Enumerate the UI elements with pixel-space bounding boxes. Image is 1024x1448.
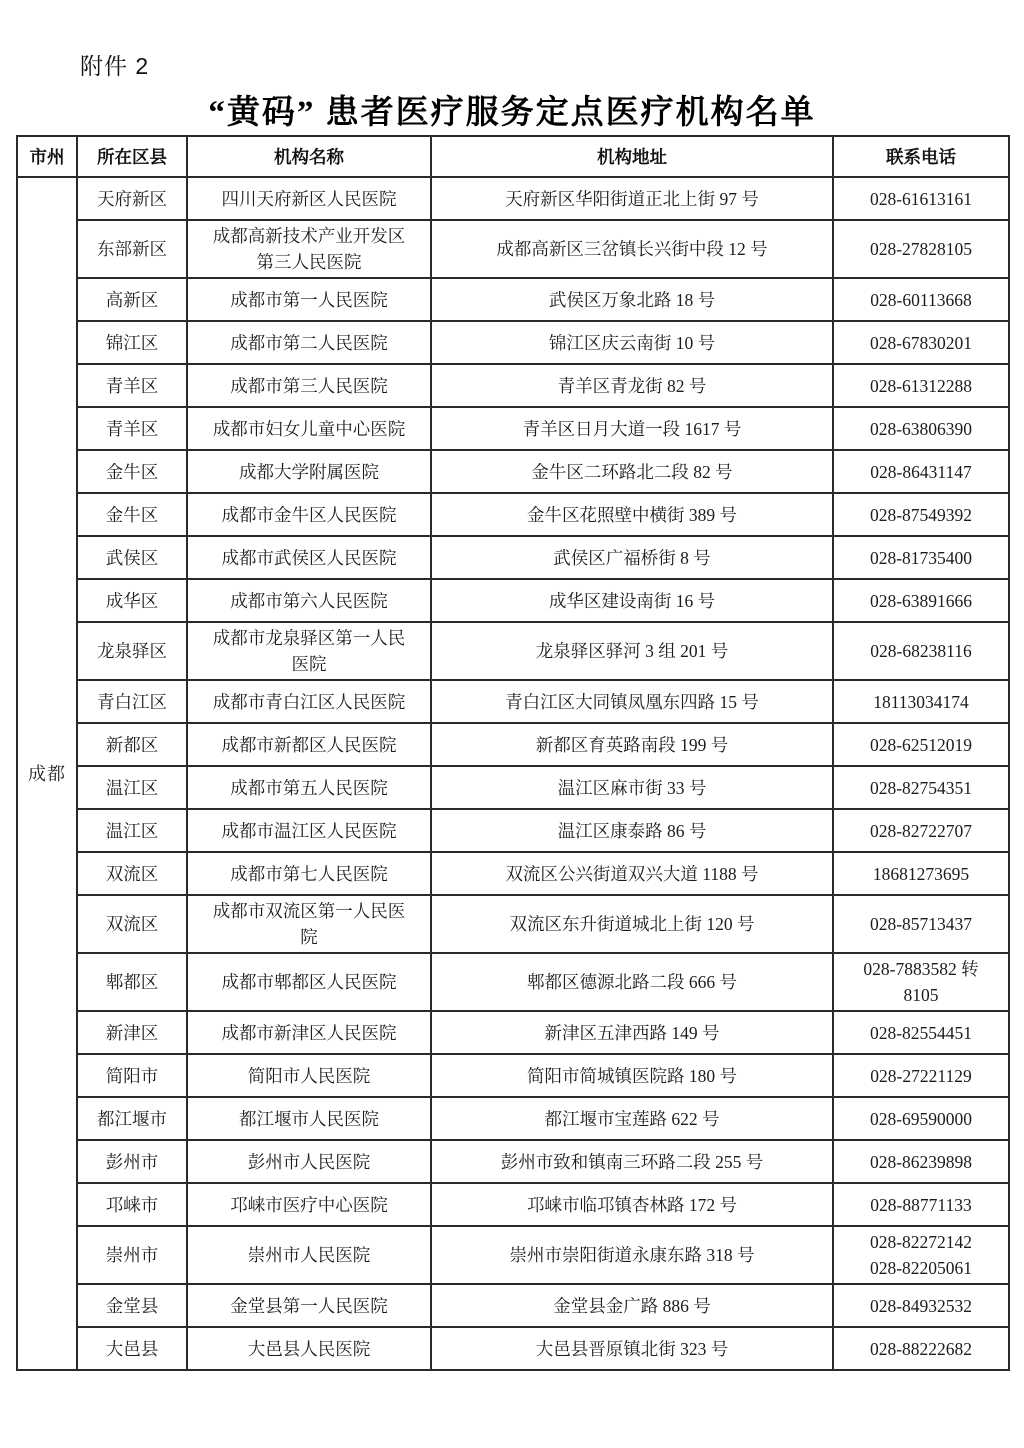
address-cell: 双流区公兴街道双兴大道 1188 号 <box>431 852 833 895</box>
address-cell: 新都区育英路南段 199 号 <box>431 723 833 766</box>
address-cell: 青羊区日月大道一段 1617 号 <box>431 407 833 450</box>
phone-cell: 028-82554451 <box>833 1011 1009 1054</box>
district-cell: 青羊区 <box>77 407 187 450</box>
district-cell: 天府新区 <box>77 177 187 220</box>
table-row: 金牛区 成都市金牛区人民医院 金牛区花照壁中横街 389 号 028-87549… <box>17 493 1009 536</box>
address-cell: 郫都区德源北路二段 666 号 <box>431 953 833 1011</box>
institution-name-cell: 成都市第七人民医院 <box>187 852 431 895</box>
phone-cell: 028-61613161 <box>833 177 1009 220</box>
address-cell: 龙泉驿区驿河 3 组 201 号 <box>431 622 833 680</box>
institution-name-cell: 都江堰市人民医院 <box>187 1097 431 1140</box>
institution-name-cell: 成都市温江区人民医院 <box>187 809 431 852</box>
phone-cell: 028-61312288 <box>833 364 1009 407</box>
phone-cell: 028-63891666 <box>833 579 1009 622</box>
institution-name-cell: 四川天府新区人民医院 <box>187 177 431 220</box>
address-cell: 青羊区青龙街 82 号 <box>431 364 833 407</box>
district-cell: 青羊区 <box>77 364 187 407</box>
institution-name-cell: 成都大学附属医院 <box>187 450 431 493</box>
table-row: 崇州市 崇州市人民医院 崇州市崇阳街道永康东路 318 号 028-822721… <box>17 1226 1009 1284</box>
phone-cell: 028-7883582 转 8105 <box>833 953 1009 1011</box>
institution-name-cell: 邛崃市医疗中心医院 <box>187 1183 431 1226</box>
district-cell: 双流区 <box>77 895 187 953</box>
table-row: 新都区 成都市新都区人民医院 新都区育英路南段 199 号 028-625120… <box>17 723 1009 766</box>
address-cell: 金牛区花照壁中横街 389 号 <box>431 493 833 536</box>
table-row: 都江堰市 都江堰市人民医院 都江堰市宝莲路 622 号 028-69590000 <box>17 1097 1009 1140</box>
table-row: 彭州市 彭州市人民医院 彭州市致和镇南三环路二段 255 号 028-86239… <box>17 1140 1009 1183</box>
table-row: 金牛区 成都大学附属医院 金牛区二环路北二段 82 号 028-86431147 <box>17 450 1009 493</box>
phone-cell: 028-88771133 <box>833 1183 1009 1226</box>
table-row: 邛崃市 邛崃市医疗中心医院 邛崃市临邛镇杏林路 172 号 028-887711… <box>17 1183 1009 1226</box>
table-row: 青羊区 成都市第三人民医院 青羊区青龙街 82 号 028-61312288 <box>17 364 1009 407</box>
district-cell: 成华区 <box>77 579 187 622</box>
table-row: 东部新区 成都高新技术产业开发区 第三人民医院 成都高新区三岔镇长兴街中段 12… <box>17 220 1009 278</box>
institution-name-cell: 简阳市人民医院 <box>187 1054 431 1097</box>
hospital-table: 市州 所在区县 机构名称 机构地址 联系电话 成都 天府新区 四川天府新区人民医… <box>16 135 1010 1371</box>
district-cell: 武侯区 <box>77 536 187 579</box>
table-row: 成都 天府新区 四川天府新区人民医院 天府新区华阳街道正北上街 97 号 028… <box>17 177 1009 220</box>
district-cell: 东部新区 <box>77 220 187 278</box>
institution-name-cell: 彭州市人民医院 <box>187 1140 431 1183</box>
district-cell: 青白江区 <box>77 680 187 723</box>
institution-name-cell: 成都市金牛区人民医院 <box>187 493 431 536</box>
address-cell: 温江区康泰路 86 号 <box>431 809 833 852</box>
institution-name-cell: 成都市第三人民医院 <box>187 364 431 407</box>
district-cell: 郫都区 <box>77 953 187 1011</box>
address-cell: 青白江区大同镇凤凰东四路 15 号 <box>431 680 833 723</box>
institution-name-cell: 成都高新技术产业开发区 第三人民医院 <box>187 220 431 278</box>
phone-cell: 028-88222682 <box>833 1327 1009 1370</box>
table-row: 郫都区 成都市郫都区人民医院 郫都区德源北路二段 666 号 028-78835… <box>17 953 1009 1011</box>
district-cell: 温江区 <box>77 809 187 852</box>
address-cell: 金牛区二环路北二段 82 号 <box>431 450 833 493</box>
institution-name-cell: 成都市新津区人民医院 <box>187 1011 431 1054</box>
phone-cell: 18681273695 <box>833 852 1009 895</box>
phone-cell: 028-62512019 <box>833 723 1009 766</box>
header-address: 机构地址 <box>431 136 833 177</box>
address-cell: 大邑县晋原镇北街 323 号 <box>431 1327 833 1370</box>
institution-name-cell: 崇州市人民医院 <box>187 1226 431 1284</box>
phone-cell: 028-85713437 <box>833 895 1009 953</box>
district-cell: 彭州市 <box>77 1140 187 1183</box>
phone-cell: 028-63806390 <box>833 407 1009 450</box>
address-cell: 温江区麻市街 33 号 <box>431 766 833 809</box>
phone-cell: 028-82272142 028-82205061 <box>833 1226 1009 1284</box>
page-title: “黄码” 患者医疗服务定点医疗机构名单 <box>0 86 1024 133</box>
district-cell: 双流区 <box>77 852 187 895</box>
table-row: 温江区 成都市第五人民医院 温江区麻市街 33 号 028-82754351 <box>17 766 1009 809</box>
table-row: 青羊区 成都市妇女儿童中心医院 青羊区日月大道一段 1617 号 028-638… <box>17 407 1009 450</box>
phone-cell: 028-60113668 <box>833 278 1009 321</box>
address-cell: 双流区东升街道城北上街 120 号 <box>431 895 833 953</box>
phone-cell: 028-82754351 <box>833 766 1009 809</box>
district-cell: 崇州市 <box>77 1226 187 1284</box>
institution-name-cell: 成都市第二人民医院 <box>187 321 431 364</box>
address-cell: 武侯区广福桥街 8 号 <box>431 536 833 579</box>
table-row: 双流区 成都市第七人民医院 双流区公兴街道双兴大道 1188 号 1868127… <box>17 852 1009 895</box>
table-row: 新津区 成都市新津区人民医院 新津区五津西路 149 号 028-8255445… <box>17 1011 1009 1054</box>
address-cell: 武侯区万象北路 18 号 <box>431 278 833 321</box>
institution-name-cell: 成都市妇女儿童中心医院 <box>187 407 431 450</box>
district-cell: 锦江区 <box>77 321 187 364</box>
district-cell: 龙泉驿区 <box>77 622 187 680</box>
address-cell: 金堂县金广路 886 号 <box>431 1284 833 1327</box>
table-row: 高新区 成都市第一人民医院 武侯区万象北路 18 号 028-60113668 <box>17 278 1009 321</box>
institution-name-cell: 成都市郫都区人民医院 <box>187 953 431 1011</box>
phone-cell: 028-84932532 <box>833 1284 1009 1327</box>
district-cell: 邛崃市 <box>77 1183 187 1226</box>
district-cell: 都江堰市 <box>77 1097 187 1140</box>
institution-name-cell: 成都市武侯区人民医院 <box>187 536 431 579</box>
district-cell: 金牛区 <box>77 493 187 536</box>
district-cell: 温江区 <box>77 766 187 809</box>
city-cell: 成都 <box>17 177 77 1370</box>
address-cell: 锦江区庆云南街 10 号 <box>431 321 833 364</box>
address-cell: 简阳市简城镇医院路 180 号 <box>431 1054 833 1097</box>
phone-cell: 028-86431147 <box>833 450 1009 493</box>
institution-name-cell: 成都市第五人民医院 <box>187 766 431 809</box>
header-institution-name: 机构名称 <box>187 136 431 177</box>
header-district: 所在区县 <box>77 136 187 177</box>
phone-cell: 028-82722707 <box>833 809 1009 852</box>
phone-cell: 028-27221129 <box>833 1054 1009 1097</box>
table-row: 成华区 成都市第六人民医院 成华区建设南街 16 号 028-63891666 <box>17 579 1009 622</box>
table-row: 简阳市 简阳市人民医院 简阳市简城镇医院路 180 号 028-27221129 <box>17 1054 1009 1097</box>
institution-name-cell: 成都市第一人民医院 <box>187 278 431 321</box>
institution-name-cell: 金堂县第一人民医院 <box>187 1284 431 1327</box>
phone-cell: 028-81735400 <box>833 536 1009 579</box>
address-cell: 都江堰市宝莲路 622 号 <box>431 1097 833 1140</box>
phone-cell: 028-67830201 <box>833 321 1009 364</box>
institution-name-cell: 成都市第六人民医院 <box>187 579 431 622</box>
table-row: 锦江区 成都市第二人民医院 锦江区庆云南街 10 号 028-67830201 <box>17 321 1009 364</box>
address-cell: 成都高新区三岔镇长兴街中段 12 号 <box>431 220 833 278</box>
table-row: 大邑县 大邑县人民医院 大邑县晋原镇北街 323 号 028-88222682 <box>17 1327 1009 1370</box>
table-row: 龙泉驿区 成都市龙泉驿区第一人民 医院 龙泉驿区驿河 3 组 201 号 028… <box>17 622 1009 680</box>
table-header: 市州 所在区县 机构名称 机构地址 联系电话 <box>17 136 1009 177</box>
address-cell: 彭州市致和镇南三环路二段 255 号 <box>431 1140 833 1183</box>
phone-cell: 028-68238116 <box>833 622 1009 680</box>
header-city: 市州 <box>17 136 77 177</box>
institution-name-cell: 成都市新都区人民医院 <box>187 723 431 766</box>
district-cell: 新津区 <box>77 1011 187 1054</box>
table-row: 温江区 成都市温江区人民医院 温江区康泰路 86 号 028-82722707 <box>17 809 1009 852</box>
institution-name-cell: 成都市青白江区人民医院 <box>187 680 431 723</box>
table-row: 武侯区 成都市武侯区人民医院 武侯区广福桥街 8 号 028-81735400 <box>17 536 1009 579</box>
header-row: 市州 所在区县 机构名称 机构地址 联系电话 <box>17 136 1009 177</box>
table-row: 金堂县 金堂县第一人民医院 金堂县金广路 886 号 028-84932532 <box>17 1284 1009 1327</box>
table-body: 成都 天府新区 四川天府新区人民医院 天府新区华阳街道正北上街 97 号 028… <box>17 177 1009 1370</box>
address-cell: 天府新区华阳街道正北上街 97 号 <box>431 177 833 220</box>
address-cell: 成华区建设南街 16 号 <box>431 579 833 622</box>
institution-name-cell: 成都市龙泉驿区第一人民 医院 <box>187 622 431 680</box>
district-cell: 大邑县 <box>77 1327 187 1370</box>
district-cell: 金牛区 <box>77 450 187 493</box>
district-cell: 简阳市 <box>77 1054 187 1097</box>
header-phone: 联系电话 <box>833 136 1009 177</box>
table-row: 双流区 成都市双流区第一人民医 院 双流区东升街道城北上街 120 号 028-… <box>17 895 1009 953</box>
phone-cell: 028-87549392 <box>833 493 1009 536</box>
phone-cell: 028-86239898 <box>833 1140 1009 1183</box>
address-cell: 邛崃市临邛镇杏林路 172 号 <box>431 1183 833 1226</box>
document-page: 附件 2 “黄码” 患者医疗服务定点医疗机构名单 市州 所在区县 机构名称 机构… <box>0 0 1024 1448</box>
address-cell: 崇州市崇阳街道永康东路 318 号 <box>431 1226 833 1284</box>
phone-cell: 028-27828105 <box>833 220 1009 278</box>
district-cell: 金堂县 <box>77 1284 187 1327</box>
table-row: 青白江区 成都市青白江区人民医院 青白江区大同镇凤凰东四路 15 号 18113… <box>17 680 1009 723</box>
phone-cell: 028-69590000 <box>833 1097 1009 1140</box>
institution-name-cell: 大邑县人民医院 <box>187 1327 431 1370</box>
district-cell: 高新区 <box>77 278 187 321</box>
institution-name-cell: 成都市双流区第一人民医 院 <box>187 895 431 953</box>
district-cell: 新都区 <box>77 723 187 766</box>
phone-cell: 18113034174 <box>833 680 1009 723</box>
attachment-label: 附件 2 <box>80 48 149 81</box>
address-cell: 新津区五津西路 149 号 <box>431 1011 833 1054</box>
